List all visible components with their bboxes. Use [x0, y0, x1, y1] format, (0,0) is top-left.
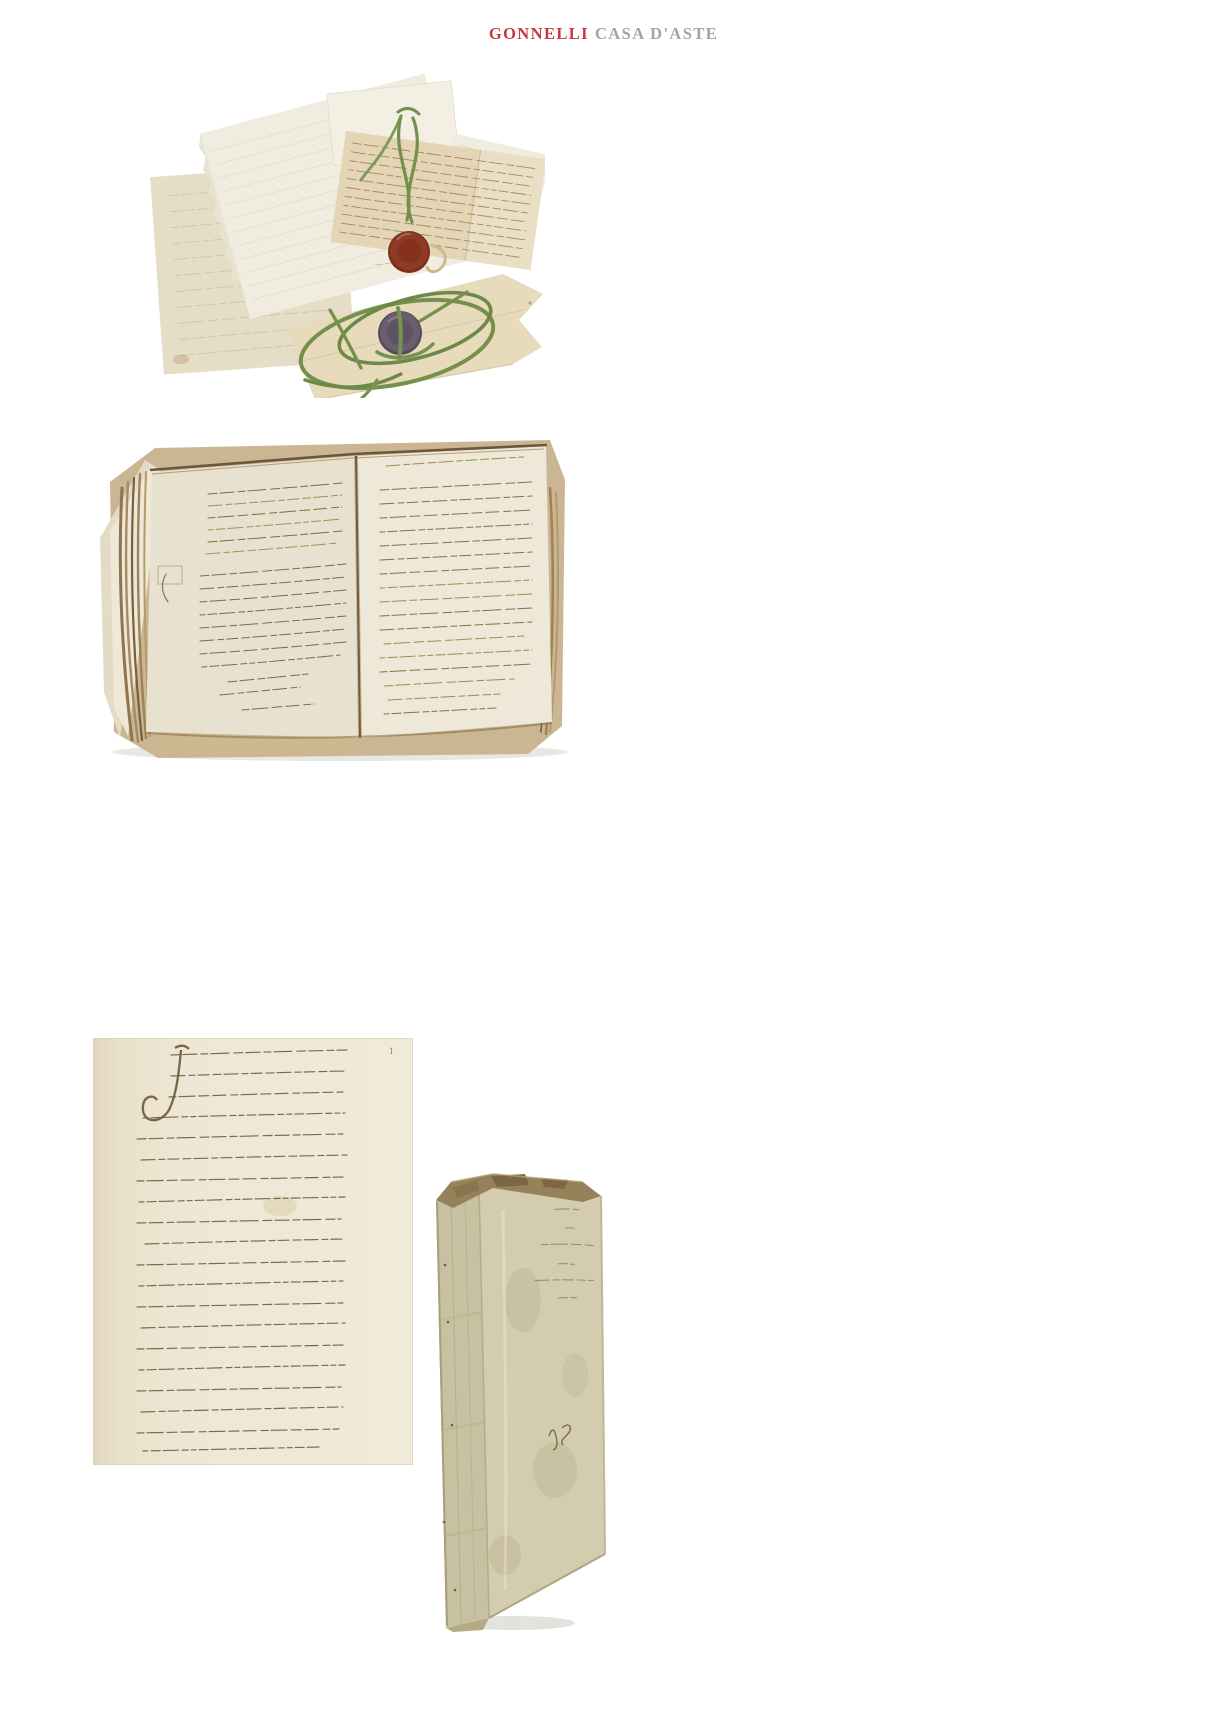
- photo-open-manuscript: [100, 440, 580, 762]
- photo-letters-with-seals: [115, 62, 545, 398]
- volume-cover: [479, 1186, 605, 1618]
- photo-manuscript-leaf: 1: [93, 1038, 413, 1465]
- leaf-paper: [93, 1038, 413, 1465]
- masthead: GONNELLICASA D'ASTE: [0, 24, 1207, 44]
- left-page: [146, 456, 358, 738]
- red-wax-seal: [388, 231, 430, 273]
- brand-suffix: CASA D'ASTE: [595, 24, 718, 43]
- brand-name: GONNELLI: [489, 24, 589, 43]
- catalog-page: GONNELLICASA D'ASTE: [0, 0, 1207, 1733]
- photo-vellum-volume: [433, 1170, 611, 1632]
- leaf-page-number: 1: [389, 1046, 394, 1056]
